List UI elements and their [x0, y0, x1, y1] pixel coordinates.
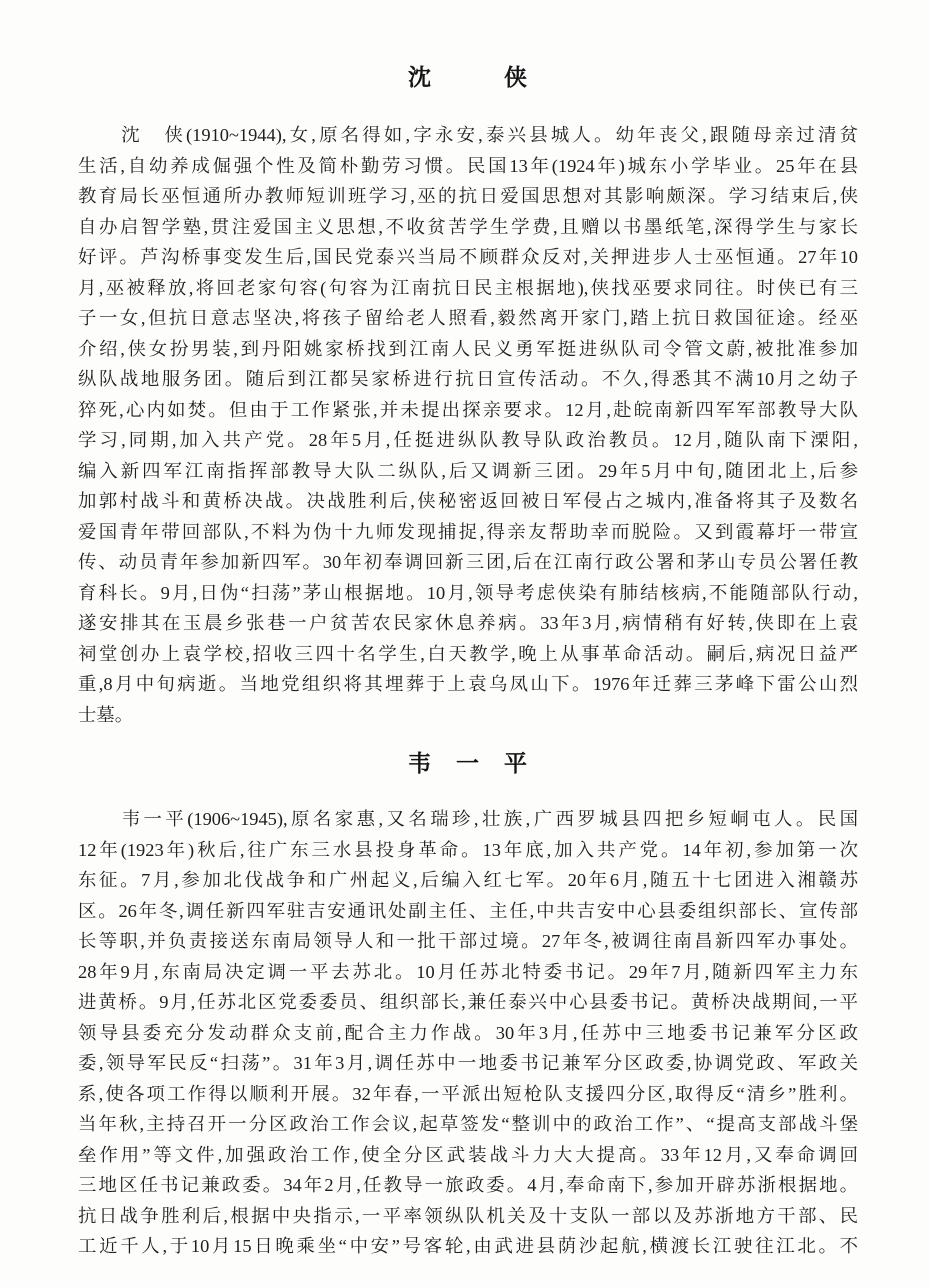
text-line: 领导县委充分发动群众支前,配合主力作战。30年3月,任苏中三地委书记兼军分区政: [78, 1018, 858, 1049]
text-line: 教育局长巫恒通所办教师短训班学习,巫的抗日爱国思想对其影响颇深。学习结束后,侠: [78, 181, 858, 212]
text-line: 月,巫被释放,将回老家句容(句容为江南抗日民主根据地),侠找巫要求同往。时侠已有…: [78, 273, 858, 304]
text-line: 好评。芦沟桥事变发生后,国民党泰兴当局不顾群众反对,关押进步人士巫恒通。27年1…: [78, 242, 858, 273]
text-line: 纵队战地服务团。随后到江都吴家桥进行抗日宣传活动。不久,得悉其不满10月之幼子: [78, 364, 858, 395]
biography-entry-shen-xia: 沈 侠 沈 侠(1910~1944),女,原名得如,字永安,泰兴县城人。幼年丧父…: [78, 0, 858, 730]
text-line: 猝死,心内如焚。但由于工作紧张,并未提出探亲要求。12月,赴皖南新四军军部教导大…: [78, 395, 858, 426]
page-content-column: 沈 侠 沈 侠(1910~1944),女,原名得如,字永安,泰兴县城人。幼年丧父…: [78, 0, 858, 1262]
text-line: 东征。7月,参加北伐战争和广州起义,后编入红七军。20年6月,随五十七团进入湘赣…: [78, 865, 858, 896]
text-line: 12年(1923年)秋后,往广东三水县投身革命。13年底,加入共产党。14年初,…: [78, 835, 858, 866]
scanned-book-page: 沈 侠 沈 侠(1910~1944),女,原名得如,字永安,泰兴县城人。幼年丧父…: [0, 0, 930, 1287]
text-line: 加郭村战斗和黄桥决战。决战胜利后,侠秘密返回被日军侵占之城内,准备将其子及数名: [78, 486, 858, 517]
text-line: 韦一平(1906~1945),原名家惠,又名瑞珍,壮族,广西罗城县四把乡短峒屯人…: [78, 804, 858, 835]
text-line: 祠堂创办上袁学校,招收三四十名学生,白天教学,晚上从事革命活动。嗣后,病况日益严: [78, 639, 858, 670]
text-line: 进黄桥。9月,任苏北区党委委员、组织部长,兼任泰兴中心县委书记。黄桥决战期间,一…: [78, 987, 858, 1018]
text-line: 长等职,并负责接送东南局领导人和一批干部过境。27年冬,被调往南昌新四军办事处。: [78, 926, 858, 957]
text-line: 重,8月中旬病逝。当地党组织将其埋葬于上袁乌凤山下。1976年迁葬三茅峰下雷公山…: [78, 669, 858, 700]
text-line: 沈 侠(1910~1944),女,原名得如,字永安,泰兴县城人。幼年丧父,跟随母…: [78, 120, 858, 151]
biography-entry-wei-yiping: 韦 一 平 韦一平(1906~1945),原名家惠,又名瑞珍,壮族,广西罗城县四…: [78, 730, 858, 1262]
text-line: 抗日战争胜利后,根据中央指示,一平率领纵队机关及十支队一部以及苏浙地方干部、民: [78, 1201, 858, 1232]
text-line: 区。26年冬,调任新四军驻吉安通讯处副主任、主任,中共吉安中心县委组织部长、宣传…: [78, 896, 858, 927]
text-line: 工近千人,于10月15日晚乘坐“中安”号客轮,由武进县荫沙起航,横渡长江驶往江北…: [78, 1231, 858, 1262]
biography-paragraph-shen-xia: 沈 侠(1910~1944),女,原名得如,字永安,泰兴县城人。幼年丧父,跟随母…: [78, 120, 858, 730]
text-line: 编入新四军江南指挥部教导大队二纵队,后又调新三团。29年5月中旬,随团北上,后参: [78, 456, 858, 487]
text-line: 系,使各项工作得以顺利开展。32年春,一平派出短枪队支援四分区,取得反“清乡”胜…: [78, 1079, 858, 1110]
entry-title-shen-xia: 沈 侠: [78, 0, 858, 93]
text-line: 当年秋,主持召开一分区政治工作会议,起草签发“整训中的政治工作”、“提高支部战斗…: [78, 1109, 858, 1140]
text-line: 三地区任书记兼政委。34年2月,任教导一旅政委。4月,奉命南下,参加开辟苏浙根据…: [78, 1170, 858, 1201]
text-line: 传、动员青年参加新四军。30年初奉调回新三团,后在江南行政公署和茅山专员公署任教: [78, 547, 858, 578]
entry-title-wei-yiping: 韦 一 平: [78, 730, 858, 779]
text-line: 学习,同期,加入共产党。28年5月,任挺进纵队教导队政治教员。12月,随队南下溧…: [78, 425, 858, 456]
biography-paragraph-wei-yiping: 韦一平(1906~1945),原名家惠,又名瑞珍,壮族,广西罗城县四把乡短峒屯人…: [78, 804, 858, 1262]
text-line: 委,领导军民反“扫荡”。31年3月,调任苏中一地委书记兼军分区政委,协调党政、军…: [78, 1048, 858, 1079]
text-line: 28年9月,东南局决定调一平去苏北。10月任苏北特委书记。29年7月,随新四军主…: [78, 957, 858, 988]
text-line: 自办启智学塾,贯注爱国主义思想,不收贫苦学生学费,且赠以书墨纸笔,深得学生与家长: [78, 212, 858, 243]
text-line: 爱国青年带回部队,不料为伪十九师发现捕捉,得亲友帮助幸而脱险。又到霞幕圩一带宣: [78, 517, 858, 548]
text-line: 生活,自幼养成倔强个性及简朴勤劳习惯。民国13年(1924年)城东小学毕业。25…: [78, 151, 858, 182]
text-line: 育科长。9月,日伪“扫荡”茅山根据地。10月,领导考虑侠染有肺结核病,不能随部队…: [78, 578, 858, 609]
text-line: 介绍,侠女扮男装,到丹阳姚家桥找到江南人民义勇军挺进纵队司令管文蔚,被批准参加: [78, 334, 858, 365]
text-line: 遂安排其在玉晨乡张巷一户贫苦农民家休息养病。33年3月,病情稍有好转,侠即在上袁: [78, 608, 858, 639]
text-line: 士墓。: [78, 700, 858, 731]
text-line: 垒作用”等文件,加强政治工作,使全分区武装战斗力大大提高。33年12月,又奉命调…: [78, 1140, 858, 1171]
text-line: 子一女,但抗日意志坚决,将孩子留给老人照看,毅然离开家门,踏上抗日救国征途。经巫: [78, 303, 858, 334]
